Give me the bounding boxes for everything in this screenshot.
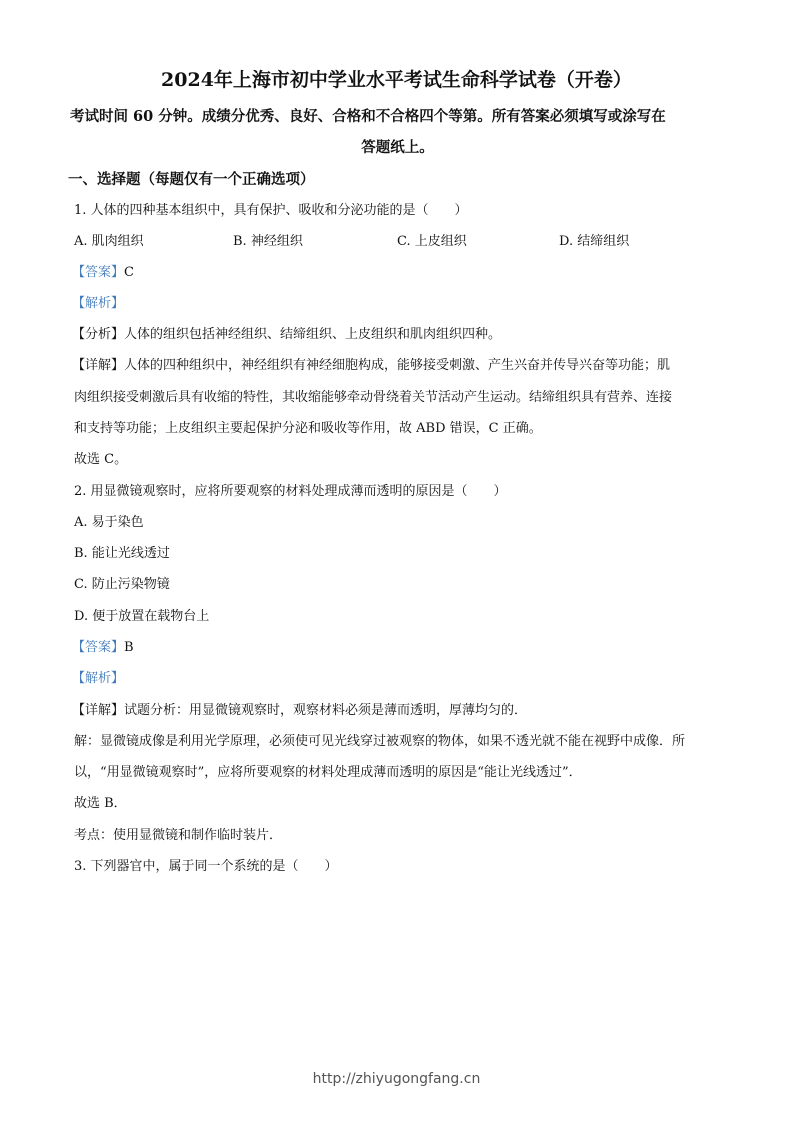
question-1-option-b: B. 神经组织 (233, 233, 303, 251)
question-3-stem: 3. 下列器官中，属于同一个系统的是（ ） (74, 858, 338, 876)
question-2-stem: 2. 用显微镜观察时，应将所要观察的材料处理成薄而透明的原因是（ ） (74, 483, 507, 501)
question-2-analysis-label: 【解析】 (72, 670, 124, 688)
question-1-stem: 1. 人体的四种基本组织中，具有保护、吸收和分泌功能的是（ ） (74, 202, 468, 220)
question-1-answer: 【答案】C (72, 264, 134, 282)
question-2-kaodian: 考点：使用显微镜和制作临时装片． (74, 827, 282, 845)
question-2-answer: 【答案】B (72, 639, 134, 657)
answer-label: 【答案】 (72, 265, 124, 280)
question-2-option-b: B. 能让光线透过 (74, 545, 170, 563)
exam-instructions: 考试时间 60 分钟。成绩分优秀、良好、合格和不合格四个等第。所有答案必须填写或… (70, 107, 725, 127)
question-1-option-a: A. 肌肉组织 (74, 233, 144, 251)
question-2-option-d: D. 便于放置在载物台上 (74, 608, 209, 626)
question-1-analysis-label: 【解析】 (72, 295, 124, 313)
answer-value: B (124, 640, 134, 655)
question-1-option-d: D. 结缔组织 (559, 233, 629, 251)
question-2-xiangjie-line-3: 以，“用显微镜观察时”，应将所要观察的材料处理成薄而透明的原因是“能让光线透过”… (74, 764, 582, 782)
answer-value: C (124, 265, 134, 280)
question-1-conclusion: 故选 C。 (74, 451, 127, 469)
footer-url[interactable]: http://zhiyugongfang.cn (0, 1071, 793, 1087)
exam-instructions-cont: 答题纸上。 (70, 138, 725, 158)
question-1-xiangjie-line-1: 【详解】人体的四种组织中，神经组织有神经细胞构成，能够接受刺激、产生兴奋并传导兴… (72, 357, 670, 375)
question-2-xiangjie-line-1: 【详解】试题分析：用显微镜观察时，观察材料必须是薄而透明，厚薄均匀的． (72, 702, 527, 720)
question-1-xiangjie-line-2: 肉组织接受刺激后具有收缩的特性，其收缩能够牵动骨绕着关节活动产生运动。结缔组织具… (74, 389, 672, 407)
question-1-xiangjie-line-3: 和支持等功能；上皮组织主要起保护分泌和吸收等作用，故 ABD 错误，C 正确。 (74, 420, 542, 438)
question-2-option-a: A. 易于染色 (74, 514, 144, 532)
question-2-conclusion: 故选 B． (74, 795, 127, 813)
question-1-fenxi: 【分析】人体的组织包括神经组织、结缔组织、上皮组织和肌肉组织四种。 (72, 326, 501, 344)
answer-label: 【答案】 (72, 640, 124, 655)
section-heading: 一、选择题（每题仅有一个正确选项） (68, 171, 315, 189)
page-title: 2024年上海市初中学业水平考试生命科学试卷（开卷） (0, 68, 793, 92)
question-2-option-c: C. 防止污染物镜 (74, 576, 170, 594)
question-2-xiangjie-line-2: 解：显微镜成像是利用光学原理，必须使可见光线穿过被观察的物体，如果不透光就不能在… (74, 733, 685, 751)
question-1-option-c: C. 上皮组织 (397, 233, 467, 251)
